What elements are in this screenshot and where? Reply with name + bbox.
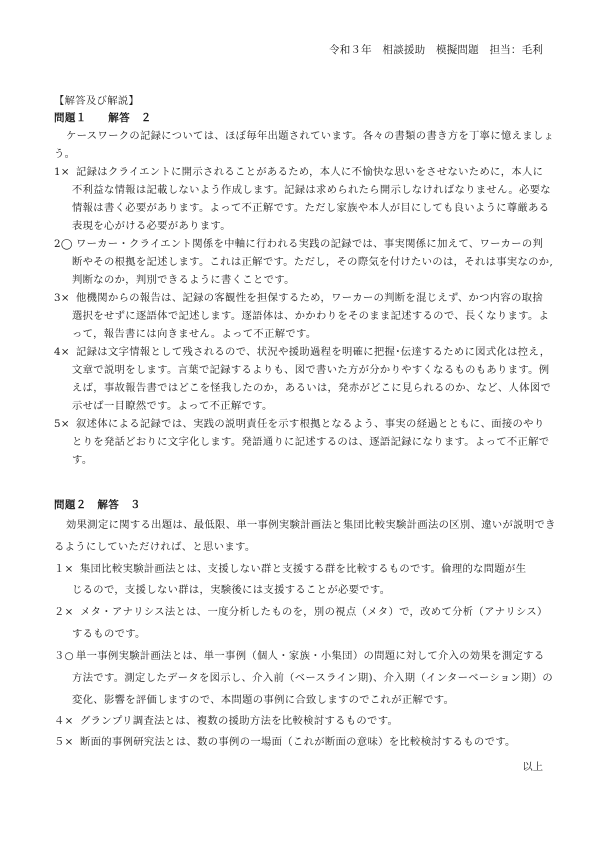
q2-intro-line: るようにしていただければ、と思います。 <box>54 540 544 554</box>
item-text: 断面的事例研究法とは、数の事例の一場面（これが断面の意味）を比較検討するものです… <box>80 736 516 748</box>
answer-mark: 5× <box>54 417 76 431</box>
answer-mark: 1× <box>54 165 76 179</box>
item-text: ワーカー・クライエント関係を中軸に行われる実践の記録では、事実関係に加えて、ワー… <box>76 238 543 250</box>
answer-mark: ３○ <box>54 649 76 663</box>
q2-item-4: ４×グランプリ調査法とは、複数の援助方法を比較検討するものです。 <box>54 714 544 728</box>
q1-item-4: 4×記録は文字情報として残されるので、状況や援助過程を明確に把握･伝達するために… <box>54 345 544 359</box>
closing-text: 以上 <box>522 758 543 773</box>
item-text: するものです。 <box>72 627 562 641</box>
q2-item-5: ５×断面的事例研究法とは、数の事例の一場面（これが断面の意味）を比較検討するもの… <box>54 735 544 749</box>
item-text: 選択をせずに逐語体で記述します。逐語体は、かかわりをそのまま記述するので、長くな… <box>72 309 562 323</box>
item-text: 示せば一目瞭然です。よって不正解です。 <box>72 399 562 413</box>
item-text: 文章で説明をします。言葉で記録するよりも、図で書いた方が分かりやすくなるものもあ… <box>72 363 562 377</box>
item-text: 集団比較実験計画法とは、支援しない群と支援する群を比較するものです。倫理的な問題… <box>80 563 526 575</box>
item-text: 情報は書く必要があります。よって不正解です。ただし家族や本人が目にしても良いよう… <box>72 201 562 215</box>
q1-item-1: 1×記録はクライエントに開示されることがあるため，本人に不愉快な思いをさせないた… <box>54 165 544 179</box>
q1-intro-line: う。 <box>54 147 544 161</box>
item-text: す。 <box>72 453 562 467</box>
q1-item-2: 2◯ワーカー・クライエント関係を中軸に行われる実践の記録では、事実関係に加えて、… <box>54 237 544 251</box>
item-text: じるので，支援しない群は，実験後には支援することが必要です。 <box>72 583 562 597</box>
section-title: 【解答及び解説】 <box>54 94 544 108</box>
answer-mark: ５× <box>54 735 80 749</box>
item-text: 方法です。測定したデータを図示し、介入前（ベースライン期)、介入期（インターベー… <box>72 671 562 685</box>
item-text: 記録はクライエントに開示されることがあるため，本人に不愉快な思いをさせないために… <box>76 166 543 178</box>
answer-mark: ４× <box>54 714 80 728</box>
q2-item-1: １×集団比較実験計画法とは、支援しない群と支援する群を比較するものです。倫理的な… <box>54 562 544 576</box>
answer-mark: 3× <box>54 291 76 305</box>
item-text: って，報告書には向きません。よって不正解です。 <box>72 327 562 341</box>
answer-mark: ２× <box>54 605 80 619</box>
q1-intro-line: ケースワークの記録については、ほぼ毎年出題されています。各々の書類の書き方を丁寧… <box>66 129 556 143</box>
item-text: 表現を心がける必要があります。 <box>72 219 562 233</box>
q1-item-3: 3×他機関からの報告は、記録の客観性を担保するため，ワーカーの判断を混じえず、か… <box>54 291 544 305</box>
q2-intro-line: 効果測定に関する出題は、最低限、単一事例実験計画法と集団比較実験計画法の区別、違… <box>66 518 556 532</box>
item-text: メタ・アナリシス法とは、一度分析したものを，別の視点（メタ）で，改めて分析（アナ… <box>80 606 548 618</box>
item-text: 叙述体による記録では、実践の説明責任を示す根拠となるよう、事実の経過とともに、面… <box>76 418 544 430</box>
document-page: 令和３年 相談援助 模擬問題 担当：毛利 【解答及び解説】 問題１ 解答 ２ ケ… <box>0 0 595 841</box>
item-text: グランプリ調査法とは、複数の援助方法を比較検討するものです。 <box>80 715 398 727</box>
item-text: 他機関からの報告は、記録の客観性を担保するため，ワーカーの判断を混じえず、かつ内… <box>76 292 543 304</box>
item-text: 記録は文字情報として残されるので、状況や援助過程を明確に把握･伝達するために図式… <box>76 346 550 358</box>
answer-mark: 2◯ <box>54 237 76 251</box>
q1-heading: 問題１ 解答 ２ <box>54 111 544 125</box>
item-text: 不利益な情報は記載しないよう作成します。記録は求められたら開示しなければなりませ… <box>72 183 562 197</box>
q2-heading: 問題２ 解答 ３ <box>54 498 544 512</box>
q2-item-3: ３○単一事例実験計画法とは、単一事例（個人・家族・小集団）の問題に対して介入の効… <box>54 649 544 663</box>
page-header: 令和３年 相談援助 模擬問題 担当：毛利 <box>329 42 543 57</box>
q1-item-5: 5×叙述体による記録では、実践の説明責任を示す根拠となるよう、事実の経過とともに… <box>54 417 544 431</box>
item-text: えば，事故報告書ではどこを怪我したのか，あるいは，発赤がどこに見られるのか、など… <box>72 381 562 395</box>
item-text: とりを発話どおりに文字化します。発語通りに記述するのは、逐語記録になります。よっ… <box>72 435 562 449</box>
item-text: 変化、影響を評価しますので、本問題の事例に合致しますのでこれが正解です。 <box>72 693 562 707</box>
item-text: 単一事例実験計画法とは、単一事例（個人・家族・小集団）の問題に対して介入の効果を… <box>76 650 544 662</box>
item-text: 断やその根拠を記述します。これは正解です。ただし，その際気を付けたいのは，それは… <box>72 255 562 269</box>
answer-mark: 4× <box>54 345 76 359</box>
item-text: 判断なのか，判別できるように書くことです。 <box>72 273 562 287</box>
answer-mark: １× <box>54 562 80 576</box>
q2-item-2: ２×メタ・アナリシス法とは、一度分析したものを，別の視点（メタ）で，改めて分析（… <box>54 605 544 619</box>
